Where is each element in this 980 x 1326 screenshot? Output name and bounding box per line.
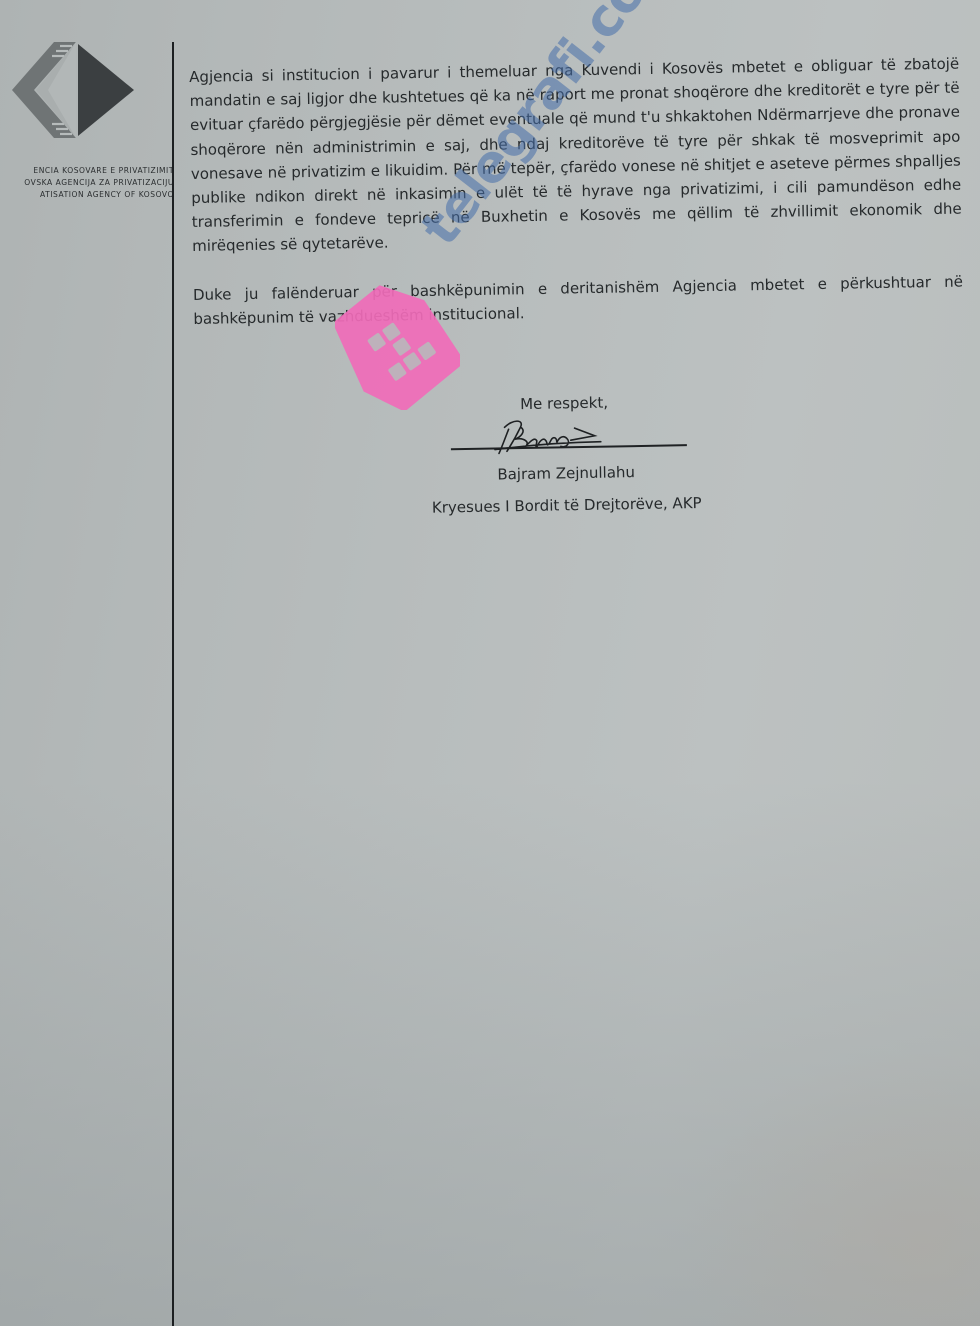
- paper-shading: [0, 780, 980, 1326]
- agency-name-serbian: ovska agencija za privatizaciju: [8, 176, 174, 188]
- telegrafi-pink-logo-icon: [335, 280, 460, 410]
- akp-diamond-logo-icon: [10, 42, 140, 140]
- closing-greeting: Me respekt,: [520, 394, 608, 414]
- body-paragraph-2: Duke ju falënderuar për bashkëpunimin e …: [193, 269, 964, 331]
- letterhead-divider: [172, 42, 174, 1326]
- agency-name-english: atisation agency of kosovo: [8, 188, 174, 200]
- paper-shading-right: [680, 1050, 980, 1326]
- signatory-title: Kryesues I Bordit të Drejtorëve, AKP: [432, 494, 702, 517]
- agency-name-albanian: encia kosovare e privatizimit: [8, 164, 174, 176]
- signatory-name: Bajram Zejnullahu: [497, 463, 635, 483]
- agency-name-block: encia kosovare e privatizimit ovska agen…: [8, 164, 174, 200]
